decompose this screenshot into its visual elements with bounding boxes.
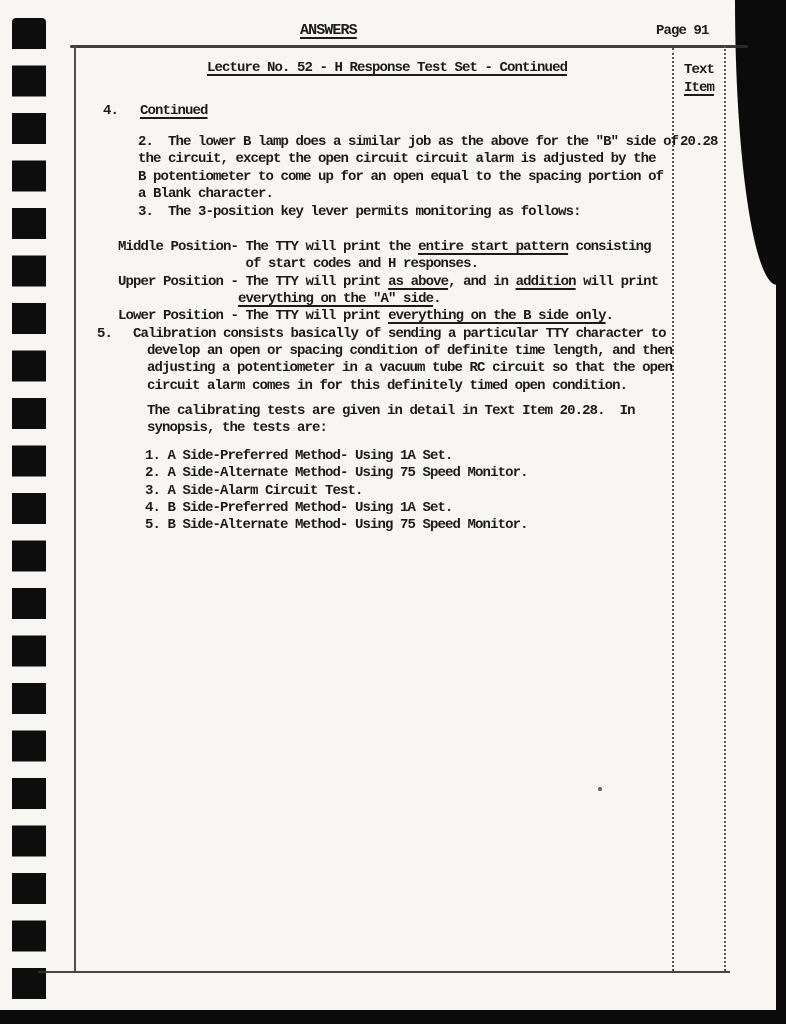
text-line: Middle Position- The TTY will print the … xyxy=(118,239,658,256)
text-line: adjusting a potentiometer in a vacuum tu… xyxy=(147,360,672,377)
column-header-text: Text xyxy=(684,61,714,79)
text-line: The calibrating tests are given in detai… xyxy=(147,403,635,420)
text-line: 2. The lower B lamp does a similar job a… xyxy=(138,134,678,151)
section5-number: 5. xyxy=(97,326,112,343)
column-header-item: Item xyxy=(684,79,714,97)
scan-edge-bottom xyxy=(0,1010,786,1024)
text-line: 1. A Side-Preferred Method- Using 1A Set… xyxy=(145,448,528,465)
section5-continuation: develop an open or spacing condition of … xyxy=(147,343,672,395)
section4-heading: Continued xyxy=(140,103,208,120)
text-line: 4. B Side-Preferred Method- Using 1A Set… xyxy=(145,500,528,517)
text-line: B potentiometer to come up for an open e… xyxy=(138,169,678,186)
text-line: of start codes and H responses. xyxy=(118,256,658,273)
text-line: 5. B Side-Alternate Method- Using 75 Spe… xyxy=(145,517,528,534)
text-line: the circuit, except the open circuit cir… xyxy=(138,151,678,168)
bottom-rule xyxy=(38,971,730,973)
section5-first-line: Calibration consists basically of sendin… xyxy=(133,326,666,343)
scan-shadow-top-right xyxy=(735,0,777,285)
text-line: 3. A Side-Alarm Circuit Test. xyxy=(145,483,528,500)
page-number: Page 91 xyxy=(656,23,709,40)
lecture-title: Lecture No. 52 - H Response Test Set - C… xyxy=(207,60,567,77)
text-line: develop an open or spacing condition of … xyxy=(147,343,672,360)
section4-paragraph2: 2. The lower B lamp does a similar job a… xyxy=(138,134,678,203)
binding-holes-strip xyxy=(12,18,46,1006)
calibrating-paragraph: The calibrating tests are given in detai… xyxy=(147,403,635,438)
text-line: everything on the "A" side. xyxy=(118,291,658,308)
text-line: synopsis, the tests are: xyxy=(147,420,635,437)
scanned-page: ANSWERS Page 91 Lecture No. 52 - H Respo… xyxy=(0,0,786,1024)
section4-paragraph3: 3. The 3-position key lever permits moni… xyxy=(138,204,581,221)
text-line: Lower Position - The TTY will print ever… xyxy=(118,308,658,325)
text-line: Upper Position - The TTY will print as a… xyxy=(118,274,658,291)
text-item-column-header: Text Item xyxy=(684,61,714,97)
key-lever-positions: Middle Position- The TTY will print the … xyxy=(118,239,658,325)
page-header-answers: ANSWERS xyxy=(300,22,357,39)
section4-number: 4. xyxy=(103,103,118,120)
scan-edge-right xyxy=(776,0,786,1024)
text-item-ref-value: 20.28 xyxy=(680,134,718,151)
text-line: a Blank character. xyxy=(138,186,678,203)
text-line: 2. A Side-Alternate Method- Using 75 Spe… xyxy=(145,465,528,482)
text-line: circuit alarm comes in for this definite… xyxy=(147,378,672,395)
test-list: 1. A Side-Preferred Method- Using 1A Set… xyxy=(145,448,528,534)
